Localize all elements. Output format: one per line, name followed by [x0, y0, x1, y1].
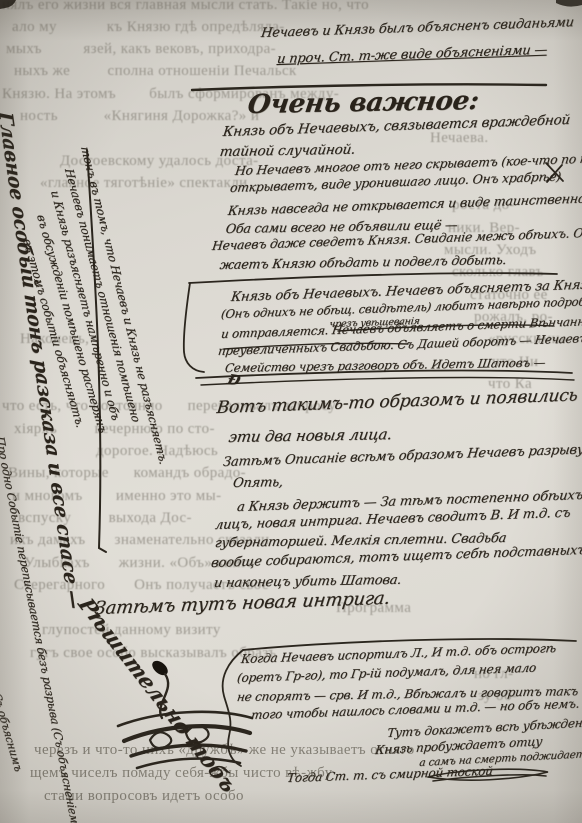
box1-line-5: Семейство чрезъ разговоръ объ. Идетъ Шат…	[224, 355, 546, 375]
manuscript-page: нялъ его жизни вся главная мысли стать. …	[0, 0, 582, 823]
handwritten-line: жаетъ Князю обѣдать и подвелъ добыть.	[219, 252, 508, 272]
handwritten-line: Опять,	[232, 475, 284, 491]
handwritten-line: Затѣмъ Описаніе всѣмъ образомъ Нечаевъ р…	[222, 442, 582, 470]
handwritten-line: Тогда Ст. т. съ смирной тоской	[286, 764, 493, 785]
handwriting-layer: Нечаевъ и Князь былъ объясненъ свиданьям…	[0, 0, 582, 823]
handwritten-line: эти два новыя лица.	[227, 425, 393, 446]
handwritten-line: Князь навсегда не открывается и виде таи…	[227, 190, 582, 218]
top-note-line-2: и проч. Ст. т-же виде объясненіями —	[276, 43, 548, 68]
flourish-note: Рѣшительно тобъ	[73, 594, 243, 796]
margin-note-bottom: н Съ объяснимъ	[0, 682, 25, 772]
interlude-new-intrigue: Затѣмъ тутъ новая интрига.	[93, 588, 391, 619]
top-note-line-1: Нечаевъ и Князь былъ объясненъ свиданьям…	[260, 15, 575, 41]
handwritten-line: Вотъ такимъ-то образомъ и появились	[216, 385, 579, 418]
heading-very-important: Очень важное:	[246, 86, 481, 120]
handwritten-line: тайной случайной.	[219, 142, 357, 160]
